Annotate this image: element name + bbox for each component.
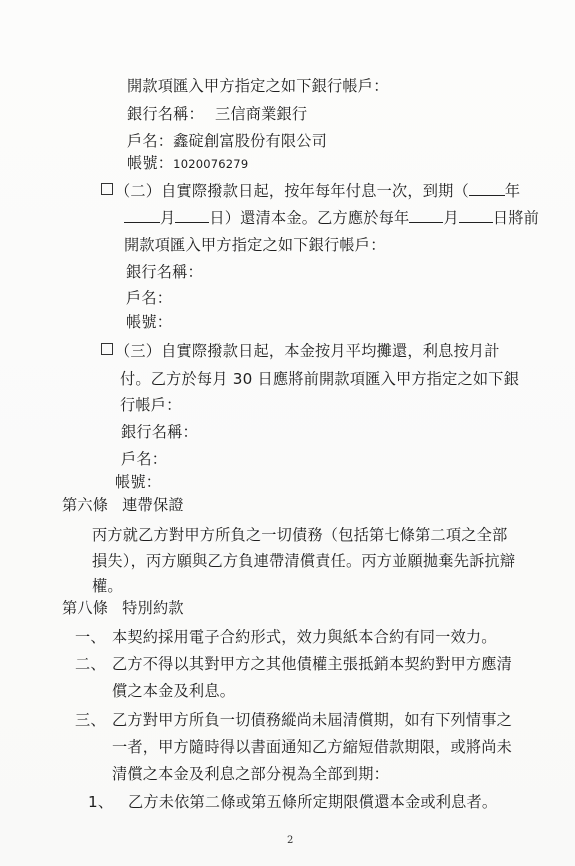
option2-checkbox[interactable] bbox=[101, 183, 113, 195]
contract-page: 開款項匯入甲方指定之如下銀行帳戶： 銀行名稱： 三信商業銀行 戶名：鑫碇創富股份… bbox=[0, 0, 575, 866]
option3-checkbox[interactable] bbox=[101, 343, 113, 355]
account-name-label: 戶名： bbox=[127, 132, 173, 150]
account-number-value: 1020076279 bbox=[173, 157, 248, 171]
article8-heading: 第八條特別約款 bbox=[62, 598, 184, 618]
option2-line2-end: 日將前 bbox=[493, 209, 539, 227]
article6-heading: 第六條連帶保證 bbox=[62, 495, 184, 515]
option3-bank-label: 銀行名稱： bbox=[121, 422, 198, 442]
article8-item-number: 三、 bbox=[75, 710, 106, 730]
article8-item-number: 一、 bbox=[75, 627, 106, 647]
account-name-row: 戶名：鑫碇創富股份有限公司 bbox=[127, 131, 327, 151]
year-blank[interactable] bbox=[469, 181, 505, 196]
article8-item-text: 一者，甲方隨時得以書面通知乙方縮短借款期限，或將尚未 bbox=[112, 737, 512, 757]
day-blank[interactable] bbox=[175, 208, 209, 223]
article6-line: 丙方就乙方對甲方所負之一切債務（包括第七條第二項之全部 bbox=[92, 525, 507, 545]
option2-line2-text: 日）還清本金。乙方應於每年 bbox=[209, 209, 409, 227]
article8-subitem-number: 1、 bbox=[88, 792, 113, 812]
annual-month-blank[interactable] bbox=[409, 208, 443, 223]
month-blank[interactable] bbox=[124, 208, 160, 223]
option2-text: （二）自實際撥款日起，按年每年付息一次，到期（ bbox=[115, 182, 469, 200]
option3-line1: （三）自實際撥款日起，本金按月平均攤還，利息按月計 bbox=[101, 341, 500, 361]
article6-number: 第六條 bbox=[62, 496, 108, 514]
article8-number: 第八條 bbox=[62, 599, 108, 617]
option2-line3: 開款項匯入甲方指定之如下銀行帳戶： bbox=[124, 235, 386, 255]
article6-title: 連帶保證 bbox=[122, 496, 184, 514]
option2-account-number-label: 帳號： bbox=[126, 312, 172, 332]
page-number: 2 bbox=[287, 835, 293, 846]
bank-name-row: 銀行名稱： 三信商業銀行 bbox=[127, 104, 307, 124]
account-number-label: 帳號： bbox=[127, 154, 173, 172]
remit-instruction: 開款項匯入甲方指定之如下銀行帳戶： bbox=[127, 76, 389, 96]
option2-bank-label: 銀行名稱： bbox=[126, 262, 203, 282]
month-label: 月 bbox=[160, 209, 175, 227]
account-number-row: 帳號：1020076279 bbox=[127, 153, 248, 174]
option3-line2: 付。乙方於每月 30 日應將前開款項匯入甲方指定之如下銀 bbox=[120, 369, 519, 389]
annual-month-label: 月 bbox=[443, 209, 458, 227]
article8-item-text: 償之本金及利息。 bbox=[112, 681, 235, 701]
article8-title: 特別約款 bbox=[122, 599, 184, 617]
article8-item-text: 本契約採用電子合約形式，效力與紙本合約有同一效力。 bbox=[112, 627, 497, 647]
year-label: 年 bbox=[505, 182, 520, 200]
article6-line: 損失），丙方願與乙方負連帶清償責任。丙方並願拋棄先訴抗辯 bbox=[92, 551, 515, 571]
article8-subitem-text: 乙方未依第二條或第五條所定期限償還本金或利息者。 bbox=[128, 792, 497, 812]
option3-account-number-label: 帳號： bbox=[115, 472, 161, 492]
article6-line: 權。 bbox=[92, 576, 123, 596]
article8-item-number: 二、 bbox=[75, 654, 106, 674]
bank-name-value: 三信商業銀行 bbox=[215, 105, 307, 123]
option2-line2: 月日）還清本金。乙方應於每年月日將前 bbox=[124, 208, 539, 228]
article8-item-text: 清償之本金及利息之部分視為全部到期： bbox=[112, 764, 389, 784]
article8-item-text: 乙方對甲方所負一切債務縱尚未屆清償期，如有下列情事之 bbox=[112, 710, 512, 730]
option3-text: （三）自實際撥款日起，本金按月平均攤還，利息按月計 bbox=[115, 342, 500, 360]
account-name-value: 鑫碇創富股份有限公司 bbox=[173, 132, 327, 150]
annual-day-blank[interactable] bbox=[459, 208, 493, 223]
bank-name-label: 銀行名稱： bbox=[127, 105, 204, 123]
option3-account-name-label: 戶名： bbox=[121, 449, 167, 469]
article8-item-text: 乙方不得以其對甲方之其他債權主張抵銷本契約對甲方應清 bbox=[112, 654, 512, 674]
option2-account-name-label: 戶名： bbox=[126, 288, 172, 308]
option2-line1: （二）自實際撥款日起，按年每年付息一次，到期（年 bbox=[101, 181, 520, 201]
option3-line3: 行帳戶： bbox=[120, 395, 182, 415]
